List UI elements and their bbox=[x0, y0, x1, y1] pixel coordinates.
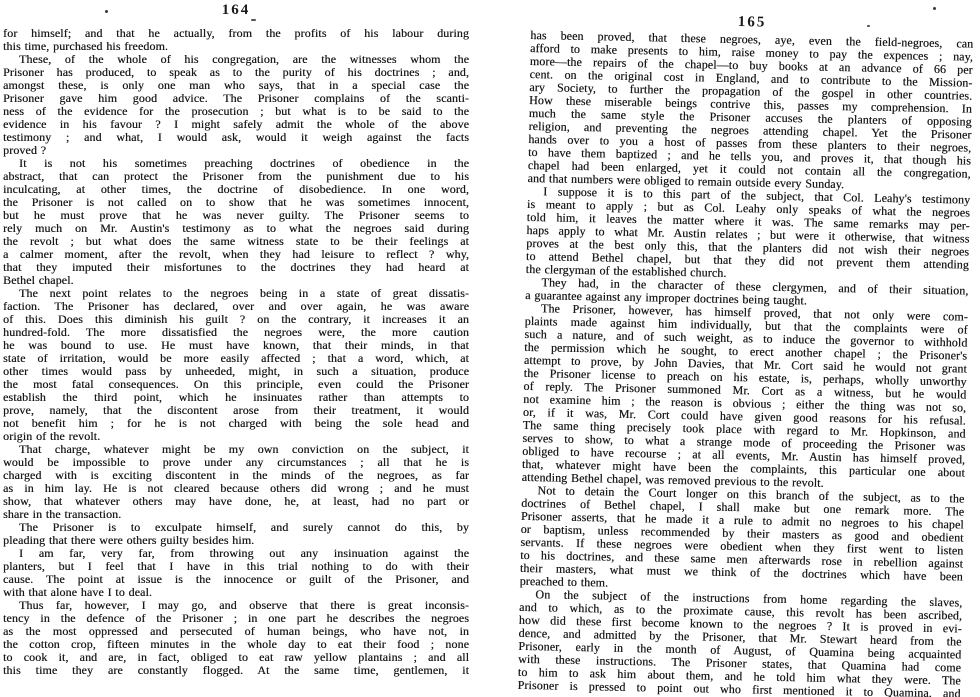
scan-speck bbox=[933, 7, 936, 10]
page-left: 164 for himself; and that he actually, f… bbox=[3, 0, 469, 677]
text-line: origin of the revolt. bbox=[3, 430, 469, 443]
text-line: other times would pass by unheeded, migh… bbox=[3, 365, 469, 378]
text-line: share in the transaction. bbox=[3, 508, 469, 521]
text-line: That charge, whatever might be my own co… bbox=[3, 443, 469, 456]
text-line: the revolt ; but what does the same witn… bbox=[3, 235, 469, 248]
text-line: Prisoner gave him good advice. The Priso… bbox=[3, 92, 469, 105]
scan-speck bbox=[251, 19, 256, 21]
text-line: cause. The point at issue is the innocen… bbox=[3, 573, 469, 586]
paragraph: The Prisoner is to exculpate himself, an… bbox=[3, 521, 469, 547]
text-line: It is not his sometimes preaching doctri… bbox=[3, 157, 469, 170]
text-line: abstract, that can protect the Prisoner … bbox=[3, 170, 469, 183]
paragraph: The Prisoner, however, has himself prove… bbox=[522, 302, 968, 493]
text-line: The Prisoner is to exculpate himself, an… bbox=[3, 521, 469, 534]
text-line: as in him lay. He is not cleared because… bbox=[3, 482, 469, 495]
text-line: would be impossible to prove under any c… bbox=[3, 456, 469, 469]
text-line: rely much on Mr. Austin's testimony as t… bbox=[3, 222, 469, 235]
scan-speck bbox=[105, 10, 108, 13]
paragraph: These, of the whole of his congregation,… bbox=[3, 53, 469, 157]
paragraph: Not to detain the Court longer on this b… bbox=[520, 484, 965, 597]
text-line: for himself; and that he actually, from … bbox=[3, 27, 469, 40]
text-line: planters, but I feel that I have in this… bbox=[3, 560, 469, 573]
text-line: to cook it, and are, in fact, obliged to… bbox=[3, 651, 469, 664]
text-line: not benefit him ; for he is not charged … bbox=[3, 417, 469, 430]
text-line: with that alone have I to deal. bbox=[3, 586, 469, 599]
text-line: the cotton crop, fifteen minutes in the … bbox=[3, 638, 469, 651]
text-line: Bethel chapel. bbox=[3, 274, 469, 287]
text-line: of this. Does this diminish his guilt ? … bbox=[3, 313, 469, 326]
paragraph: I am far, very far, from throwing out an… bbox=[3, 547, 469, 599]
paragraph: has been proved, that these negroes, aye… bbox=[527, 29, 973, 194]
paragraph: for himself; and that he actually, from … bbox=[3, 27, 469, 53]
text-line: that they imputed their misfortunes to t… bbox=[3, 261, 469, 274]
text-line: the most fatal consequences. On this pri… bbox=[3, 378, 469, 391]
text-line: evidence in his favour ? I might safely … bbox=[3, 118, 469, 131]
text-line: this time, purchased his freedom. bbox=[3, 40, 469, 53]
text-line: inculcating, at other times, the doctrin… bbox=[3, 183, 469, 196]
text-line: faction. The Prisoner has declared, over… bbox=[3, 300, 469, 313]
text-line: show, that whatever others may have done… bbox=[3, 495, 469, 508]
book-scan: 164 for himself; and that he actually, f… bbox=[0, 0, 980, 697]
paragraph: It is not his sometimes preaching doctri… bbox=[3, 157, 469, 287]
text-line: state of irritation, would be more easil… bbox=[3, 352, 469, 365]
text-line: I am far, very far, from throwing out an… bbox=[3, 547, 469, 560]
text-line: but he must prove that he was never guil… bbox=[3, 209, 469, 222]
text-line: he was bound to use. He must have known,… bbox=[3, 339, 469, 352]
text-line: pleading that there were others guilty b… bbox=[3, 534, 469, 547]
text-line: Prisoner has produced, to speak as to th… bbox=[3, 66, 469, 79]
page-right-text: has been proved, that these negroes, aye… bbox=[517, 29, 973, 697]
page-right: 165 has been proved, that these negroes,… bbox=[517, 0, 973, 697]
text-line: establish the third point, which he insi… bbox=[3, 391, 469, 404]
text-line: charged with is exciting discontent in t… bbox=[3, 469, 469, 482]
page-number-left: 164 bbox=[3, 2, 469, 18]
text-line: These, of the whole of his congregation,… bbox=[3, 53, 469, 66]
paragraph: Thus far, however, I may go, and observe… bbox=[3, 599, 469, 677]
text-line: the Prisoner is not called on to show th… bbox=[3, 196, 469, 209]
text-line: amongst these, is only one man who says,… bbox=[3, 79, 469, 92]
text-line: Thus far, however, I may go, and observe… bbox=[3, 599, 469, 612]
text-line: tency in the defence of the Prisoner ; i… bbox=[3, 612, 469, 625]
text-line: a calmer moment, after the revolt, when … bbox=[3, 248, 469, 261]
text-line: this time they are constantly flogged. A… bbox=[3, 664, 469, 677]
paragraph: That charge, whatever might be my own co… bbox=[3, 443, 469, 521]
text-line: prove, namely, that the discontent arose… bbox=[3, 404, 469, 417]
scan-speck bbox=[867, 25, 870, 27]
page-left-text: for himself; and that he actually, from … bbox=[3, 27, 469, 677]
text-line: The next point relates to the negroes be… bbox=[3, 287, 469, 300]
paragraph: The next point relates to the negroes be… bbox=[3, 287, 469, 443]
text-line: proved ? bbox=[3, 144, 469, 157]
paragraph: On the subject of the instructions from … bbox=[517, 588, 962, 697]
text-line: hundred-fold. The more dissatisfied the … bbox=[3, 326, 469, 339]
text-line: ness of the evidence for the prosecution… bbox=[3, 105, 469, 118]
text-line: as the most oppressed and persecuted of … bbox=[3, 625, 469, 638]
paragraph: I suppose it is to this part of the subj… bbox=[526, 185, 971, 285]
text-line: testimony ; and what, I would ask, would… bbox=[3, 131, 469, 144]
